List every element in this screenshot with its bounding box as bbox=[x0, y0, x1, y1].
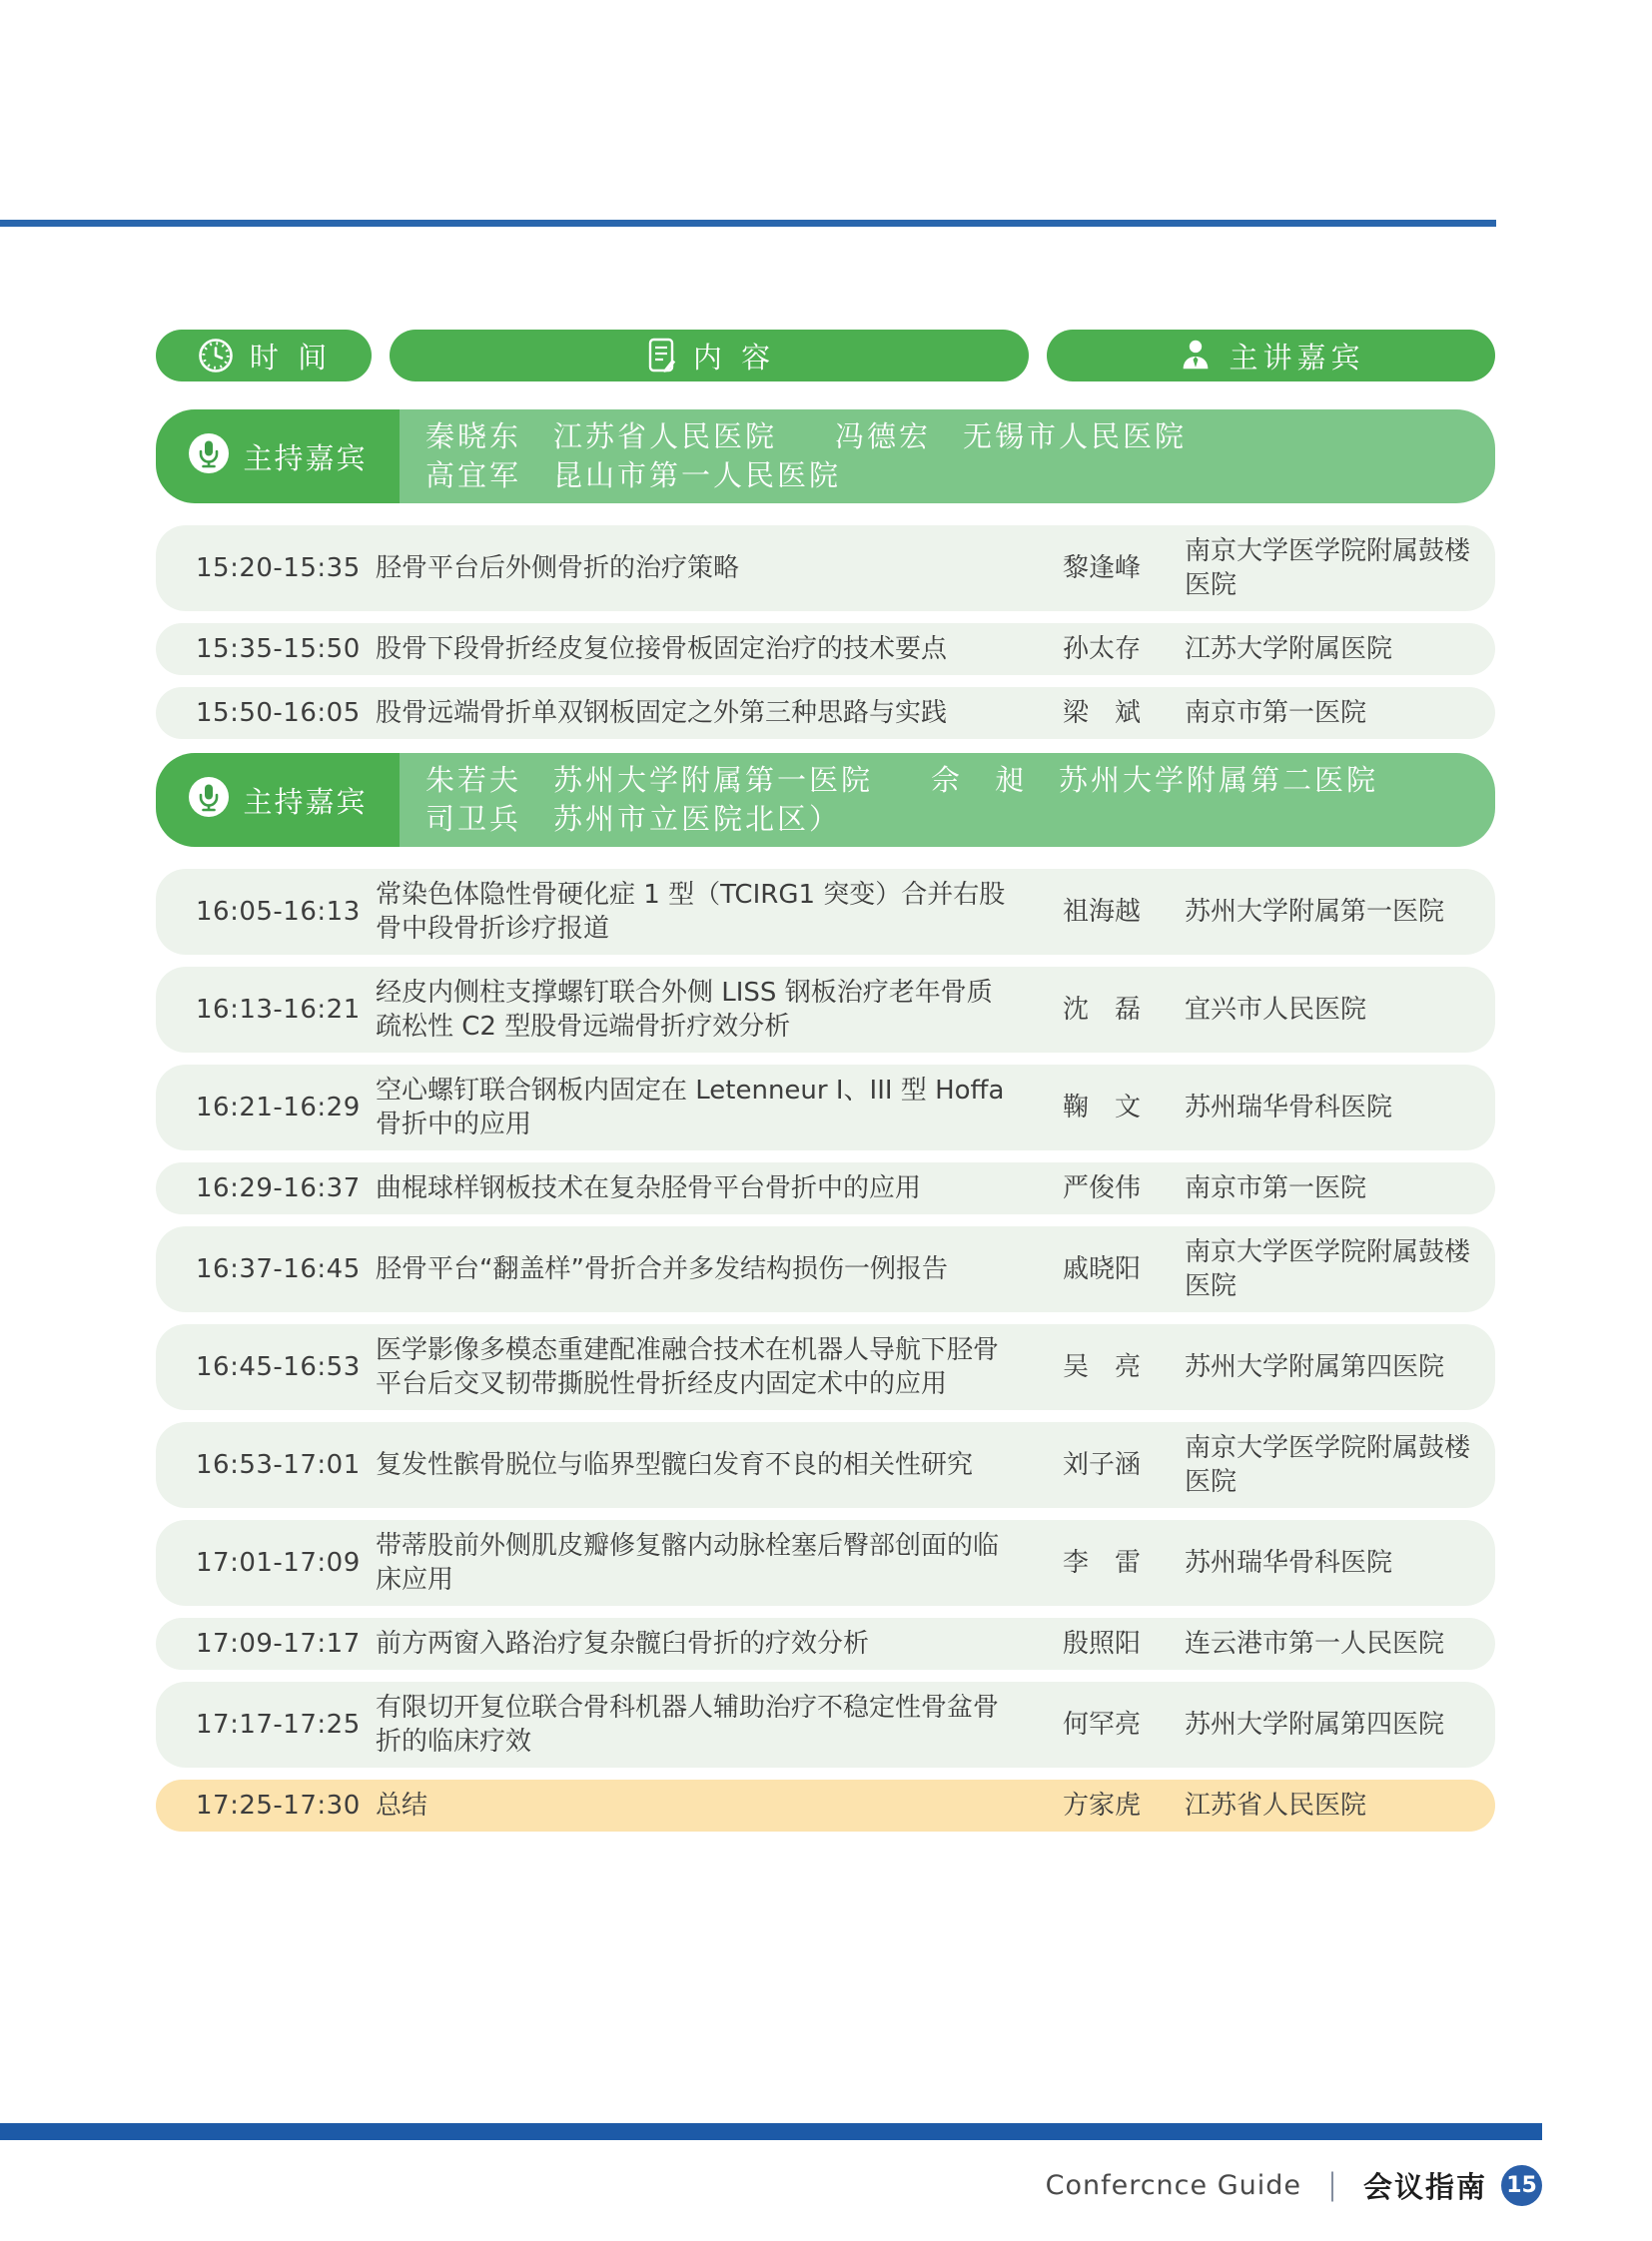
session-time: 16:13-16:21 bbox=[196, 993, 376, 1027]
table-row: 16:05-16:13 常染色体隐性骨硬化症 1 型（TCIRG1 突变）合并右… bbox=[156, 869, 1495, 955]
session-hospital: 苏州大学附属第四医院 bbox=[1185, 1708, 1477, 1742]
host-row: 主持嘉宾 秦晓东 江苏省人民医院冯德宏 无锡市人民医院高宜军 昆山市第一人民医院 bbox=[156, 409, 1495, 503]
session-speaker: 何罕亮 bbox=[1063, 1708, 1185, 1742]
session-title: 总结 bbox=[376, 1789, 1063, 1823]
microphone-icon bbox=[188, 776, 230, 825]
session-title: 胫骨平台“翻盖样”骨折合并多发结构损伤一例报告 bbox=[376, 1252, 1063, 1286]
host-row: 主持嘉宾 朱若夫 苏州大学附属第一医院佘 昶 苏州大学附属第二医院司卫兵 苏州市… bbox=[156, 753, 1495, 847]
session-speaker: 刘子涵 bbox=[1063, 1448, 1185, 1482]
session-title: 曲棍球样钢板技术在复杂胫骨平台骨折中的应用 bbox=[376, 1171, 1063, 1205]
session-hospital: 苏州瑞华骨科医院 bbox=[1185, 1091, 1477, 1124]
host-line: 司卫兵 苏州市立医院北区） bbox=[425, 800, 1471, 839]
session-time: 15:35-15:50 bbox=[196, 632, 376, 666]
column-header-time-label: 时 间 bbox=[250, 336, 332, 376]
session-hospital: 苏州大学附属第四医院 bbox=[1185, 1350, 1477, 1384]
table-row: 17:25-17:30 总结 方家虎 江苏省人民医院 bbox=[156, 1780, 1495, 1832]
host-name-hospital: 朱若夫 苏州大学附属第一医院 bbox=[425, 761, 873, 800]
session-time: 15:50-16:05 bbox=[196, 696, 376, 730]
table-row: 17:17-17:25 有限切开复位联合骨科机器人辅助治疗不稳定性骨盆骨折的临床… bbox=[156, 1682, 1495, 1768]
session-time: 15:20-15:35 bbox=[196, 551, 376, 585]
session-hospital: 连云港市第一人民医院 bbox=[1185, 1627, 1477, 1661]
host-line: 朱若夫 苏州大学附属第一医院佘 昶 苏州大学附属第二医院 bbox=[425, 761, 1471, 800]
session-title: 带蒂股前外侧肌皮瓣修复髂内动脉栓塞后臀部创面的临床应用 bbox=[376, 1529, 1063, 1597]
session-time: 16:53-17:01 bbox=[196, 1448, 376, 1482]
session-hospital: 南京市第一医院 bbox=[1185, 1171, 1477, 1205]
session-time: 16:21-16:29 bbox=[196, 1091, 376, 1124]
session-title: 有限切开复位联合骨科机器人辅助治疗不稳定性骨盆骨折的临床疗效 bbox=[376, 1691, 1063, 1759]
table-row: 15:20-15:35 胫骨平台后外侧骨折的治疗策略 黎逢峰 南京大学医学院附属… bbox=[156, 525, 1495, 611]
document-icon bbox=[643, 336, 679, 375]
session-hospital: 南京大学医学院附属鼓楼医院 bbox=[1185, 1235, 1477, 1303]
host-name-hospital: 秦晓东 江苏省人民医院 bbox=[425, 417, 777, 456]
session-time: 16:37-16:45 bbox=[196, 1252, 376, 1286]
table-row: 16:13-16:21 经皮内侧柱支撑螺钉联合外侧 LISS 钢板治疗老年骨质疏… bbox=[156, 967, 1495, 1053]
table-row: 16:45-16:53 医学影像多模态重建配准融合技术在机器人导航下胫骨平台后交… bbox=[156, 1324, 1495, 1410]
session-time: 17:17-17:25 bbox=[196, 1708, 376, 1742]
host-name-hospital: 司卫兵 苏州市立医院北区） bbox=[425, 800, 841, 839]
host-label: 主持嘉宾 bbox=[156, 753, 400, 847]
session-hospital: 江苏省人民医院 bbox=[1185, 1789, 1477, 1823]
footer-separator: ｜ bbox=[1317, 2163, 1347, 2207]
session-speaker: 祖海越 bbox=[1063, 895, 1185, 929]
session-time: 17:09-17:17 bbox=[196, 1627, 376, 1661]
person-icon bbox=[1177, 337, 1215, 374]
host-label-text: 主持嘉宾 bbox=[243, 780, 367, 821]
schedule-content: 时 间 内 容 bbox=[156, 330, 1495, 1844]
host-content: 秦晓东 江苏省人民医院冯德宏 无锡市人民医院高宜军 昆山市第一人民医院 bbox=[400, 409, 1495, 503]
session-time: 17:25-17:30 bbox=[196, 1789, 376, 1823]
session-time: 16:45-16:53 bbox=[196, 1350, 376, 1384]
session-speaker: 梁 斌 bbox=[1063, 696, 1185, 730]
table-header-row: 时 间 内 容 bbox=[156, 330, 1495, 381]
clock-icon bbox=[196, 336, 236, 375]
session-speaker: 沈 磊 bbox=[1063, 993, 1185, 1027]
session-hospital: 江苏大学附属医院 bbox=[1185, 632, 1477, 666]
table-row: 15:35-15:50 股骨下段骨折经皮复位接骨板固定治疗的技术要点 孙太存 江… bbox=[156, 623, 1495, 675]
session-title: 复发性髌骨脱位与临界型髋臼发育不良的相关性研究 bbox=[376, 1448, 1063, 1482]
session-time: 16:29-16:37 bbox=[196, 1171, 376, 1205]
session-title: 股骨下段骨折经皮复位接骨板固定治疗的技术要点 bbox=[376, 632, 1063, 666]
session-hospital: 南京大学医学院附属鼓楼医院 bbox=[1185, 534, 1477, 602]
column-header-time: 时 间 bbox=[156, 330, 372, 381]
session-speaker: 李 雷 bbox=[1063, 1546, 1185, 1580]
session-speaker: 孙太存 bbox=[1063, 632, 1185, 666]
session-hospital: 苏州大学附属第一医院 bbox=[1185, 895, 1477, 929]
schedule-table: 主持嘉宾 秦晓东 江苏省人民医院冯德宏 无锡市人民医院高宜军 昆山市第一人民医院… bbox=[156, 409, 1495, 1832]
session-title: 股骨远端骨折单双钢板固定之外第三种思路与实践 bbox=[376, 696, 1063, 730]
session-speaker: 殷照阳 bbox=[1063, 1627, 1185, 1661]
column-header-speaker: 主讲嘉宾 bbox=[1047, 330, 1495, 381]
footer-brand-cn: 会议指南 bbox=[1363, 2165, 1487, 2206]
column-header-speaker-label: 主讲嘉宾 bbox=[1229, 336, 1364, 376]
session-speaker: 黎逢峰 bbox=[1063, 551, 1185, 585]
host-name-hospital: 佘 昶 苏州大学附属第二医院 bbox=[931, 761, 1378, 800]
column-header-content: 内 容 bbox=[390, 330, 1029, 381]
session-title: 医学影像多模态重建配准融合技术在机器人导航下胫骨平台后交叉韧带撕脱性骨折经皮内固… bbox=[376, 1333, 1063, 1401]
session-time: 16:05-16:13 bbox=[196, 895, 376, 929]
session-title: 经皮内侧柱支撑螺钉联合外侧 LISS 钢板治疗老年骨质疏松性 C2 型股骨远端骨… bbox=[376, 976, 1063, 1044]
page-number-badge: 15 bbox=[1501, 2165, 1542, 2206]
host-line: 高宜军 昆山市第一人民医院 bbox=[425, 456, 1471, 495]
table-row: 16:37-16:45 胫骨平台“翻盖样”骨折合并多发结构损伤一例报告 戚晓阳 … bbox=[156, 1226, 1495, 1312]
host-line: 秦晓东 江苏省人民医院冯德宏 无锡市人民医院 bbox=[425, 417, 1471, 456]
host-label-text: 主持嘉宾 bbox=[243, 436, 367, 477]
table-row: 16:53-17:01 复发性髌骨脱位与临界型髋臼发育不良的相关性研究 刘子涵 … bbox=[156, 1422, 1495, 1508]
host-label: 主持嘉宾 bbox=[156, 409, 400, 503]
top-divider bbox=[0, 220, 1496, 227]
microphone-icon bbox=[188, 432, 230, 481]
session-speaker: 方家虎 bbox=[1063, 1789, 1185, 1823]
session-speaker: 鞠 文 bbox=[1063, 1091, 1185, 1124]
session-speaker: 严俊伟 bbox=[1063, 1171, 1185, 1205]
column-header-content-label: 内 容 bbox=[693, 336, 775, 376]
session-speaker: 戚晓阳 bbox=[1063, 1252, 1185, 1286]
session-title: 常染色体隐性骨硬化症 1 型（TCIRG1 突变）合并右股骨中段骨折诊疗报道 bbox=[376, 878, 1063, 946]
bottom-divider bbox=[0, 2123, 1542, 2140]
host-name-hospital: 冯德宏 无锡市人民医院 bbox=[835, 417, 1187, 456]
session-hospital: 苏州瑞华骨科医院 bbox=[1185, 1546, 1477, 1580]
session-hospital: 南京大学医学院附属鼓楼医院 bbox=[1185, 1431, 1477, 1499]
session-time: 17:01-17:09 bbox=[196, 1546, 376, 1580]
page-footer: Confercnce Guide ｜ 会议指南 15 bbox=[0, 2163, 1542, 2207]
table-row: 15:50-16:05 股骨远端骨折单双钢板固定之外第三种思路与实践 梁 斌 南… bbox=[156, 687, 1495, 739]
footer-brand-en: Confercnce Guide bbox=[1046, 2170, 1301, 2201]
host-name-hospital: 高宜军 昆山市第一人民医院 bbox=[425, 456, 841, 495]
session-hospital: 南京市第一医院 bbox=[1185, 696, 1477, 730]
table-row: 16:29-16:37 曲棍球样钢板技术在复杂胫骨平台骨折中的应用 严俊伟 南京… bbox=[156, 1162, 1495, 1214]
table-row: 16:21-16:29 空心螺钉联合钢板内固定在 Letenneur I、III… bbox=[156, 1065, 1495, 1150]
host-content: 朱若夫 苏州大学附属第一医院佘 昶 苏州大学附属第二医院司卫兵 苏州市立医院北区… bbox=[400, 753, 1495, 847]
session-title: 空心螺钉联合钢板内固定在 Letenneur I、III 型 Hoffa 骨折中… bbox=[376, 1074, 1063, 1141]
session-title: 胫骨平台后外侧骨折的治疗策略 bbox=[376, 551, 1063, 585]
table-row: 17:09-17:17 前方两窗入路治疗复杂髋臼骨折的疗效分析 殷照阳 连云港市… bbox=[156, 1618, 1495, 1670]
session-hospital: 宜兴市人民医院 bbox=[1185, 993, 1477, 1027]
session-speaker: 吴 亮 bbox=[1063, 1350, 1185, 1384]
conference-guide-page: 时 间 内 容 bbox=[0, 0, 1652, 2241]
table-row: 17:01-17:09 带蒂股前外侧肌皮瓣修复髂内动脉栓塞后臀部创面的临床应用 … bbox=[156, 1520, 1495, 1606]
session-title: 前方两窗入路治疗复杂髋臼骨折的疗效分析 bbox=[376, 1627, 1063, 1661]
